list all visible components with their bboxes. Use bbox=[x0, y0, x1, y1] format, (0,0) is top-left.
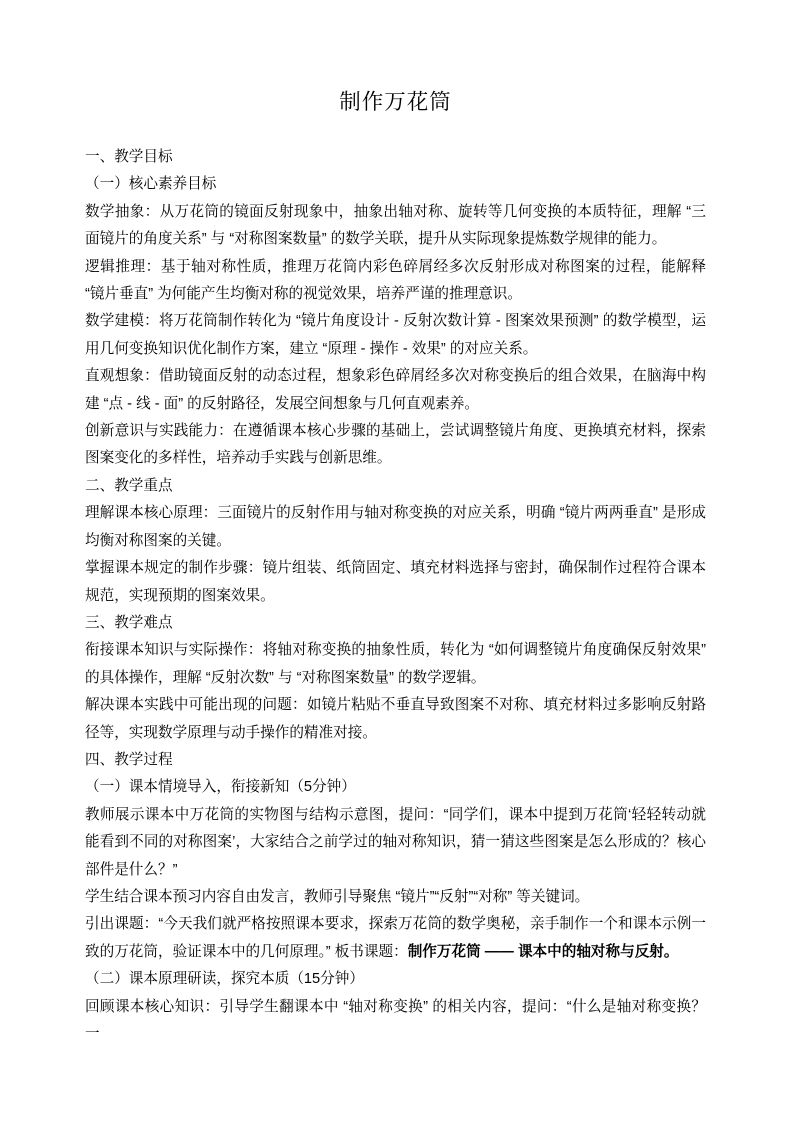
text-run: 掌握课本规定的制作步骤：镜片组装、纸筒固定、填充材料选择与密封，确保制作过程符合… bbox=[85, 560, 706, 603]
paragraph: 直观想象：借助镜面反射的动态过程，想象彩色碎屑经多次对称变换后的组合效果，在脑海… bbox=[85, 363, 706, 418]
text-run: 创新意识与实践能力：在遵循课本核心步骤的基础上，尝试调整镜片角度、更换填充材料，… bbox=[85, 423, 706, 466]
text-run: 数学抽象：从万花筒的镜面反射现象中，抽象出轴对称、旋转等几何变换的本质特征，理解… bbox=[85, 204, 706, 247]
section-heading: 一、教学目标 bbox=[85, 144, 706, 171]
section-heading: 三、教学难点 bbox=[85, 610, 706, 637]
section-heading: （一）课本情境导入，衔接新知（5分钟） bbox=[85, 774, 706, 801]
text-run: 数学建模：将万花筒制作转化为 “镜片角度设计 - 反射次数计算 - 图案效果预测… bbox=[85, 313, 706, 356]
paragraph: 掌握课本规定的制作步骤：镜片组装、纸筒固定、填充材料选择与密封，确保制作过程符合… bbox=[85, 555, 706, 610]
paragraph: 引出课题：“今天我们就严格按照课本要求，探索万花筒的数学奥秘，亲手制作一个和课本… bbox=[85, 911, 706, 966]
section-heading: （一）核心素养目标 bbox=[85, 171, 706, 198]
text-run: 四、教学过程 bbox=[85, 752, 173, 768]
paragraph: 理解课本核心原理：三面镜片的反射作用与轴对称变换的对应关系，明确 “镜片两两垂直… bbox=[85, 500, 706, 555]
section-heading: （二）课本原理研读，探究本质（15分钟） bbox=[85, 966, 706, 993]
text-run: 一、教学目标 bbox=[85, 149, 173, 165]
text-run: 二、教学重点 bbox=[85, 478, 173, 494]
text-run: （一）核心素养目标 bbox=[85, 176, 216, 192]
text-run: 解决课本实践中可能出现的问题：如镜片粘贴不垂直导致图案不对称、填充材料过多影响反… bbox=[85, 697, 706, 740]
paragraph: 创新意识与实践能力：在遵循课本核心步骤的基础上，尝试调整镜片角度、更换填充材料，… bbox=[85, 418, 706, 473]
text-run: 三、教学难点 bbox=[85, 615, 173, 631]
paragraph: 逻辑推理：基于轴对称性质，推理万花筒内彩色碎屑经多次反射形成对称图案的过程，能解… bbox=[85, 254, 706, 309]
text-run: （一）课本情境导入，衔接新知（5分钟） bbox=[85, 779, 356, 795]
text-run: 衔接课本知识与实际操作：将轴对称变换的抽象性质，转化为 “如何调整镜片角度确保反… bbox=[85, 642, 706, 685]
document-title: 制作万花筒 bbox=[85, 86, 706, 118]
text-run: 直观想象：借助镜面反射的动态过程，想象彩色碎屑经多次对称变换后的组合效果，在脑海… bbox=[85, 368, 706, 411]
text-run: 学生结合课本预习内容自由发言，教师引导聚焦 “镜片”“反射”“对称” 等关键词。 bbox=[85, 889, 589, 905]
paragraph: 教师展示课本中万花筒的实物图与结构示意图，提问：“同学们，课本中提到万花筒‘轻轻… bbox=[85, 802, 706, 884]
document-page: 制作万花筒 一、教学目标（一）核心素养目标数学抽象：从万花筒的镜面反射现象中，抽… bbox=[0, 0, 794, 1123]
paragraph: 数学抽象：从万花筒的镜面反射现象中，抽象出轴对称、旋转等几何变换的本质特征，理解… bbox=[85, 199, 706, 254]
section-heading: 四、教学过程 bbox=[85, 747, 706, 774]
paragraph: 数学建模：将万花筒制作转化为 “镜片角度设计 - 反射次数计算 - 图案效果预测… bbox=[85, 308, 706, 363]
paragraph: 衔接课本知识与实际操作：将轴对称变换的抽象性质，转化为 “如何调整镜片角度确保反… bbox=[85, 637, 706, 692]
text-run: 制作万花筒 —— 课本中的轴对称与反射。 bbox=[408, 944, 679, 960]
paragraph: 学生结合课本预习内容自由发言，教师引导聚焦 “镜片”“反射”“对称” 等关键词。 bbox=[85, 884, 706, 911]
text-run: （二）课本原理研读，探究本质（15分钟） bbox=[85, 971, 364, 987]
document-body: 一、教学目标（一）核心素养目标数学抽象：从万花筒的镜面反射现象中，抽象出轴对称、… bbox=[85, 144, 706, 1048]
paragraph: 回顾课本核心知识：引导学生翻课本中 “轴对称变换” 的相关内容，提问：“什么是轴… bbox=[85, 994, 706, 1049]
text-run: 理解课本核心原理：三面镜片的反射作用与轴对称变换的对应关系，明确 “镜片两两垂直… bbox=[85, 505, 706, 548]
text-run: 回顾课本核心知识：引导学生翻课本中 “轴对称变换” 的相关内容，提问：“什么是轴… bbox=[85, 999, 706, 1042]
section-heading: 二、教学重点 bbox=[85, 473, 706, 500]
paragraph: 解决课本实践中可能出现的问题：如镜片粘贴不垂直导致图案不对称、填充材料过多影响反… bbox=[85, 692, 706, 747]
text-run: 逻辑推理：基于轴对称性质，推理万花筒内彩色碎屑经多次反射形成对称图案的过程，能解… bbox=[85, 259, 706, 302]
text-run: 教师展示课本中万花筒的实物图与结构示意图，提问：“同学们，课本中提到万花筒‘轻轻… bbox=[85, 807, 706, 878]
